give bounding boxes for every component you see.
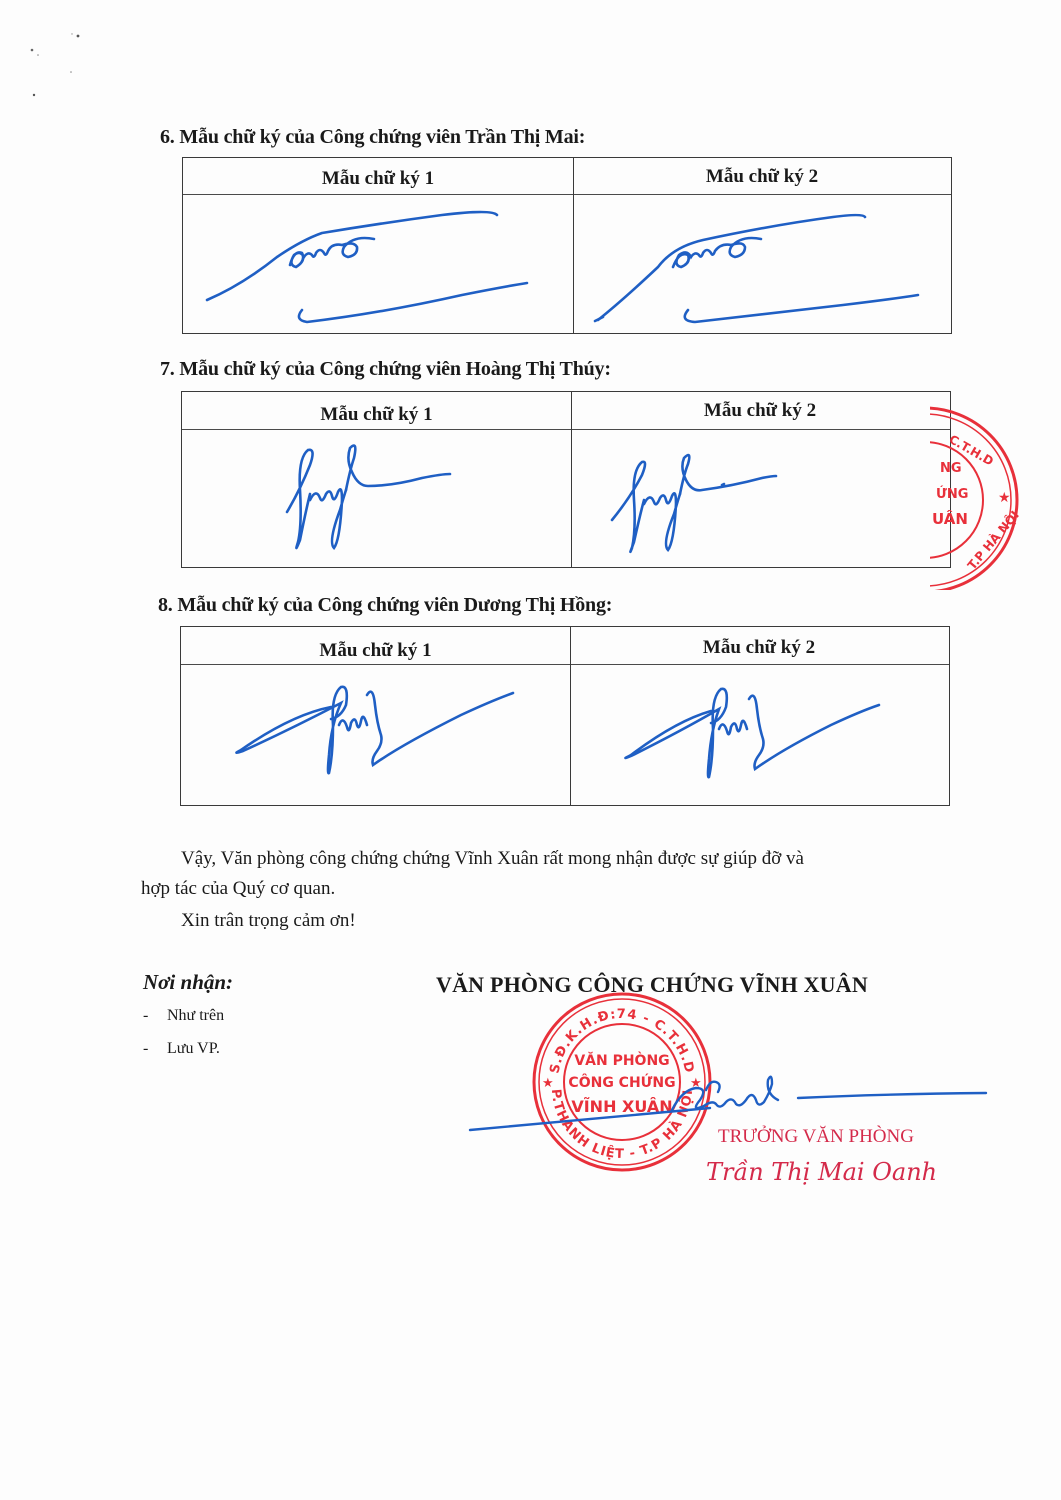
svg-text:UÂN: UÂN [932,509,968,528]
col-header-sample-2: Mẫu chữ ký 2 [570,637,948,659]
recipients-heading: Nơi nhận: [143,970,233,995]
svg-text:ỨNG: ỨNG [936,486,968,502]
signature-image-hong-2 [571,665,949,803]
signature-image-mai-2 [573,195,951,333]
side-stamp: C.T.H.D NG ỨNG UÂN ★ T.P HÀ NỘI [930,390,1061,590]
col-header-sample-2: Mẫu chữ ký 2 [573,166,951,188]
svg-text:NG: NG [940,461,962,476]
closing-thanks: Xin trân trọng cảm ơn! [181,910,356,932]
closing-line-1: Vậy, Văn phòng công chứng chứng Vĩnh Xuâ… [181,848,804,870]
col-header-sample-1: Mẫu chữ ký 1 [181,640,570,662]
scan-specks [0,0,100,110]
section-title-8: 8. Mẫu chữ ký của Công chứng viên Dương … [158,594,612,617]
signature-image-mai-1 [182,195,572,333]
svg-text:★: ★ [998,490,1011,506]
closing-line-2: hợp tác của Quý cơ quan. [141,878,335,900]
signature-image-thuy-2 [572,430,950,566]
section-title-6: 6. Mẫu chữ ký của Công chứng viên Trần T… [160,126,585,149]
signature-image-hong-1 [181,665,569,803]
col-header-sample-1: Mẫu chữ ký 1 [182,404,571,426]
signature-image-thuy-1 [182,430,570,566]
bullet: - [143,1040,167,1058]
recipient-item: -Như trên [143,1007,224,1025]
bullet: - [143,1007,167,1025]
col-header-sample-1: Mẫu chữ ký 1 [183,168,573,190]
director-title: TRƯỞNG VĂN PHÒNG [718,1126,914,1148]
director-name: Trần Thị Mai Oanh [706,1158,937,1186]
col-header-sample-2: Mẫu chữ ký 2 [571,400,949,422]
recipient-item: -Lưu VP. [143,1040,220,1058]
section-title-7: 7. Mẫu chữ ký của Công chứng viên Hoàng … [160,358,611,381]
